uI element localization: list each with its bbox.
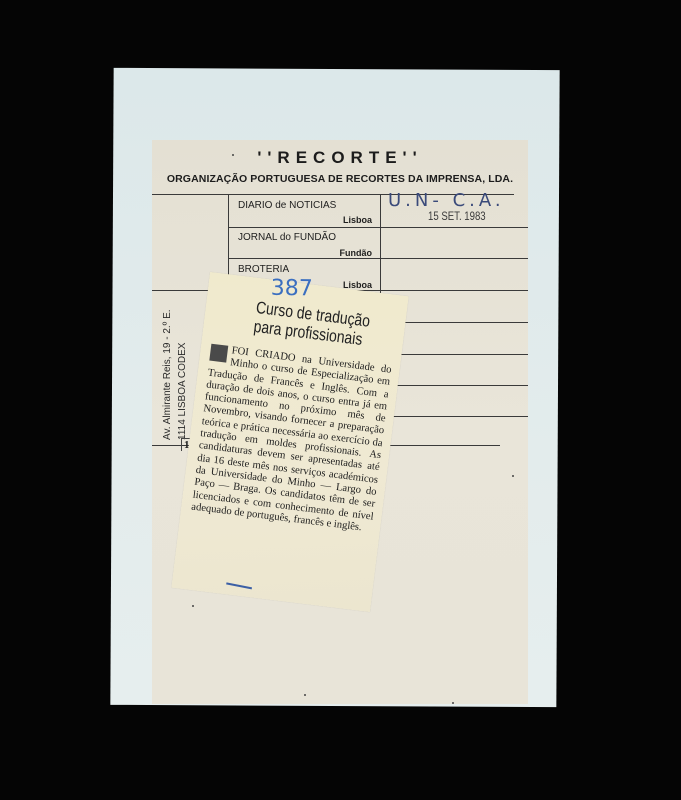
publication-name: BROTERIA — [238, 264, 289, 275]
row-divider — [380, 416, 528, 417]
publication-city: Lisboa — [302, 215, 372, 225]
publication-name: JORNAL do FUNDÃO — [238, 232, 336, 243]
agency-address: Av. Almirante Reis, 19 - 2.º E. 1114 LIS… — [160, 240, 190, 440]
paper-speck — [304, 694, 306, 696]
paper-speck — [452, 702, 454, 704]
row-divider — [228, 227, 528, 228]
row-divider — [380, 354, 528, 355]
row-divider — [384, 445, 500, 446]
clipping-number: 387 — [270, 276, 312, 302]
agency-title: ''RECORTE'' — [152, 148, 528, 168]
stamp-date: 15 SET. 1983 — [428, 209, 486, 223]
clipping-body: FOI CRIADO na Universidade do Minho o cu… — [191, 343, 393, 536]
row-divider — [380, 385, 528, 386]
address-street: Av. Almirante Reis, 19 - 2.º E. — [160, 240, 175, 440]
paragraph-square-bullet — [209, 344, 228, 363]
address-city: 1114 LISBOA CODEX — [175, 240, 190, 440]
paper-speck — [512, 475, 514, 477]
handwritten-code: U.N- C.A. — [388, 190, 505, 211]
clipping-body-text: FOI CRIADO na Universidade do Minho o cu… — [191, 345, 392, 533]
paper-speck — [192, 605, 194, 607]
row-divider — [228, 258, 528, 259]
publication-name: DIARIO de NOTICIAS — [238, 200, 336, 211]
publication-city: Fundão — [302, 248, 372, 258]
newspaper-clipping: 387 Curso de tradução para profissionais… — [171, 272, 408, 612]
clipping-headline: Curso de tradução para profissionais — [253, 298, 380, 351]
paper-speck — [232, 154, 234, 156]
agency-subtitle: ORGANIZAÇÃO PORTUGUESA DE RECORTES DA IM… — [152, 173, 528, 185]
blue-pen-mark — [226, 582, 252, 589]
publication-column-right-border — [380, 194, 381, 294]
